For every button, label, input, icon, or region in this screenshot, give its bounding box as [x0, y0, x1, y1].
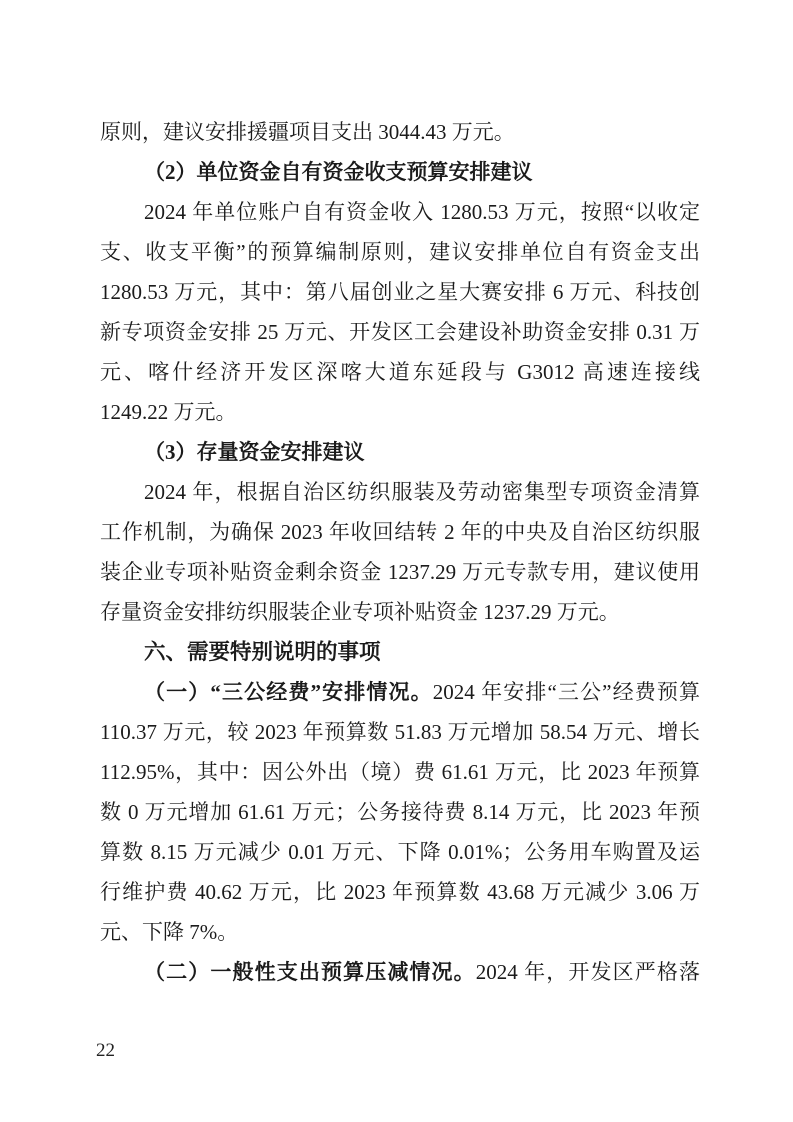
text-line: 装企业专项补贴资金剩余资金 1237.29 万元专款专用，建议使用 [100, 552, 700, 592]
text-line: 2024 年，根据自治区纺织服装及劳动密集型专项资金清算 [100, 472, 700, 512]
text-segment: 2024 年，开发区严格落 [476, 960, 700, 984]
text-line: （2）单位资金自有资金收支预算安排建议 [100, 152, 700, 192]
heading-segment: （二）一般性支出预算压减情况。 [144, 960, 476, 984]
text-line: 元、下降 7%。 [100, 912, 700, 952]
text-segment: 工作机制，为确保 2023 年收回结转 2 年的中央及自治区纺织服 [100, 520, 700, 544]
heading-segment: （3）存量资金安排建议 [144, 440, 365, 464]
text-segment: 110.37 万元，较 2023 年预算数 51.83 万元增加 58.54 万… [100, 720, 700, 744]
text-segment: 2024 年单位账户自有资金收入 1280.53 万元，按照“以收定 [144, 200, 700, 224]
text-line: （一）“三公经费”安排情况。2024 年安排“三公”经费预算 [100, 672, 700, 712]
text-segment: 元、下降 7%。 [100, 920, 238, 944]
document-page: 原则，建议安排援疆项目支出 3044.43 万元。（2）单位资金自有资金收支预算… [0, 0, 793, 1122]
text-line: 行维护费 40.62 万元，比 2023 年预算数 43.68 万元减少 3.0… [100, 872, 700, 912]
text-line: 工作机制，为确保 2023 年收回结转 2 年的中央及自治区纺织服 [100, 512, 700, 552]
text-line: 支、收支平衡”的预算编制原则，建议安排单位自有资金支出 [100, 232, 700, 272]
text-segment: 1280.53 万元，其中：第八届创业之星大赛安排 6 万元、科技创 [100, 280, 700, 304]
heading-segment: 六、需要特别说明的事项 [144, 640, 381, 664]
text-segment: 原则，建议安排援疆项目支出 3044.43 万元。 [100, 120, 515, 144]
text-line: 算数 8.15 万元减少 0.01 万元、下降 0.01%；公务用车购置及运 [100, 832, 700, 872]
text-segment: 2024 年安排“三公”经费预算 [433, 680, 700, 704]
text-segment: 元、喀什经济开发区深喀大道东延段与 G3012 高速连接线 [100, 360, 700, 384]
text-line: （3）存量资金安排建议 [100, 432, 700, 472]
text-line: 存量资金安排纺织服装企业专项补贴资金 1237.29 万元。 [100, 592, 700, 632]
text-line: 1280.53 万元，其中：第八届创业之星大赛安排 6 万元、科技创 [100, 272, 700, 312]
text-line: 112.95%，其中：因公外出（境）费 61.61 万元，比 2023 年预算 [100, 752, 700, 792]
text-segment: 新专项资金安排 25 万元、开发区工会建设补助资金安排 0.31 万 [100, 320, 700, 344]
text-segment: 支、收支平衡”的预算编制原则，建议安排单位自有资金支出 [100, 240, 700, 264]
text-line: 元、喀什经济开发区深喀大道东延段与 G3012 高速连接线 [100, 352, 700, 392]
text-segment: 行维护费 40.62 万元，比 2023 年预算数 43.68 万元减少 3.0… [100, 880, 700, 904]
text-line: 原则，建议安排援疆项目支出 3044.43 万元。 [100, 112, 700, 152]
text-line: 六、需要特别说明的事项 [100, 632, 700, 672]
text-line: 1249.22 万元。 [100, 392, 700, 432]
text-line: 2024 年单位账户自有资金收入 1280.53 万元，按照“以收定 [100, 192, 700, 232]
heading-segment: （2）单位资金自有资金收支预算安排建议 [144, 160, 533, 184]
text-line: 110.37 万元，较 2023 年预算数 51.83 万元增加 58.54 万… [100, 712, 700, 752]
text-segment: 112.95%，其中：因公外出（境）费 61.61 万元，比 2023 年预算 [100, 760, 700, 784]
text-segment: 算数 8.15 万元减少 0.01 万元、下降 0.01%；公务用车购置及运 [100, 840, 700, 864]
page-number: 22 [96, 1038, 115, 1064]
text-line: （二）一般性支出预算压减情况。2024 年，开发区严格落 [100, 952, 700, 992]
text-segment: 装企业专项补贴资金剩余资金 1237.29 万元专款专用，建议使用 [100, 560, 700, 584]
text-line: 数 0 万元增加 61.61 万元；公务接待费 8.14 万元，比 2023 年… [100, 792, 700, 832]
text-segment: 存量资金安排纺织服装企业专项补贴资金 1237.29 万元。 [100, 600, 620, 624]
text-line: 新专项资金安排 25 万元、开发区工会建设补助资金安排 0.31 万 [100, 312, 700, 352]
text-segment: 2024 年，根据自治区纺织服装及劳动密集型专项资金清算 [144, 480, 700, 504]
document-body: 原则，建议安排援疆项目支出 3044.43 万元。（2）单位资金自有资金收支预算… [100, 112, 700, 992]
text-segment: 1249.22 万元。 [100, 400, 237, 424]
heading-segment: （一）“三公经费”安排情况。 [144, 680, 433, 704]
text-segment: 数 0 万元增加 61.61 万元；公务接待费 8.14 万元，比 2023 年… [100, 800, 700, 824]
